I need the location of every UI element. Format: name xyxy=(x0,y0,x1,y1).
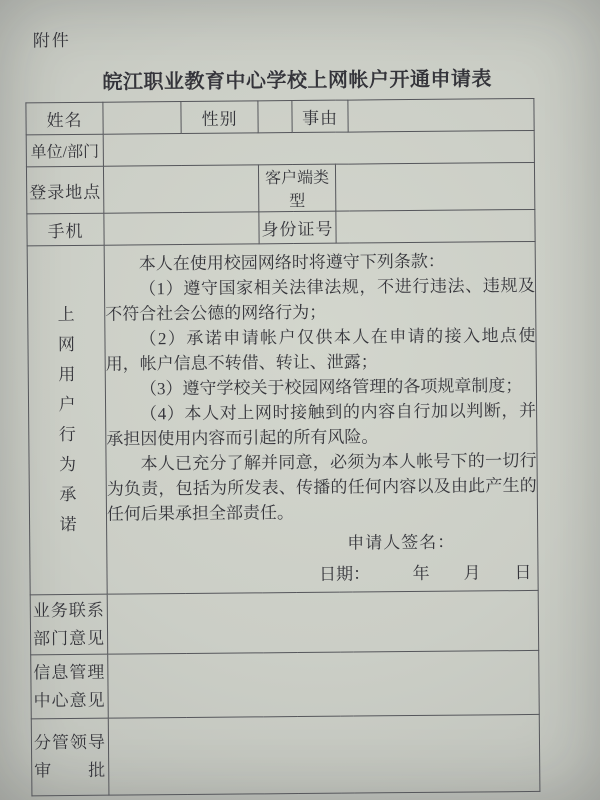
photographed-document: 附件 皖江职业教育中心学校上网帐户开通申请表 姓名 性别 事由 单位/部门 xyxy=(0,0,600,800)
client-type-value-cell xyxy=(335,162,534,211)
row-info-center-opinion: 信息管理 中心意见 xyxy=(31,650,540,718)
business-dept-opinion-label: 业务联系 部门意见 xyxy=(30,594,108,655)
row-pledge: 上 网 用 户 行 为 承 诺 本人在使用校园网络时将遵守下列条款： （1）遵守… xyxy=(27,241,538,594)
applicant-signature-label: 申请人签名： xyxy=(107,528,537,557)
mobile-label: 手机 xyxy=(27,213,104,246)
mobile-value-cell xyxy=(104,212,259,245)
attachment-label: 附件 xyxy=(33,26,71,51)
date-line: 日期： 年 月 日 xyxy=(107,559,537,588)
pledge-intro: 本人在使用校园网络时将遵守下列条款： xyxy=(105,247,535,276)
name-value-cell xyxy=(103,102,181,135)
pledge-clause-4: （4）本人对上网时接触到的内容自行加以判断，并承担因使用内容而引起的所有风险。 xyxy=(106,397,536,451)
gender-value-cell xyxy=(258,101,292,133)
leader-approval-label: 分管领导 审 批 xyxy=(31,718,109,796)
pledge-clause-3: （3）遵守学校关于校园网络管理的各项规章制度； xyxy=(106,372,536,401)
pledge-agreement: 本人已充分了解并同意，必须为本人帐号下的一切行为负责，包括为所发表、传播的任何内… xyxy=(106,447,537,526)
reason-value-cell xyxy=(348,98,534,132)
info-center-opinion-label: 信息管理 中心意见 xyxy=(31,654,109,719)
department-value-cell xyxy=(103,130,534,166)
info-center-opinion-cell xyxy=(108,650,540,718)
row-business-dept-opinion: 业务联系 部门意见 xyxy=(30,590,539,654)
pledge-clause-2: （2）承诺申请帐户仅供本人在申请的接入地点使用，帐户信息不转借、转让、泄露； xyxy=(105,322,535,376)
row-identity: 姓名 性别 事由 xyxy=(26,98,534,134)
form-title: 皖江职业教育中心学校上网帐户开通申请表 xyxy=(0,61,597,95)
login-location-label: 登录地点 xyxy=(26,166,103,214)
row-leader-approval: 分管领导 审 批 xyxy=(31,714,540,795)
name-label: 姓名 xyxy=(26,102,103,135)
pledge-text-cell: 本人在使用校园网络时将遵守下列条款： （1）遵守国家相关法律法规，不进行违法、违… xyxy=(104,241,538,594)
row-contact: 手机 身份证号 xyxy=(27,209,535,245)
paper-sheet: 附件 皖江职业教育中心学校上网帐户开通申请表 姓名 性别 事由 单位/部门 xyxy=(0,0,600,800)
row-login: 登录地点 客户端类型 xyxy=(26,162,534,213)
login-location-value-cell xyxy=(103,165,258,213)
id-number-label: 身份证号 xyxy=(259,211,336,244)
id-number-value-cell xyxy=(336,209,535,243)
business-dept-opinion-cell xyxy=(107,590,539,654)
pledge-row-label: 上 网 用 户 行 为 承 诺 xyxy=(27,245,107,595)
client-type-label: 客户端类型 xyxy=(258,164,335,212)
gender-label: 性别 xyxy=(181,101,258,134)
reason-label: 事由 xyxy=(292,100,348,132)
leader-approval-cell xyxy=(108,714,540,795)
application-form-table: 姓名 性别 事由 单位/部门 登录地点 客户端类型 手机 xyxy=(25,98,540,796)
department-label: 单位/部门 xyxy=(26,134,103,167)
pledge-clause-1: （1）遵守国家相关法律法规，不进行违法、违规及不符合社会公德的网络行为； xyxy=(105,272,535,326)
row-department: 单位/部门 xyxy=(26,130,534,166)
